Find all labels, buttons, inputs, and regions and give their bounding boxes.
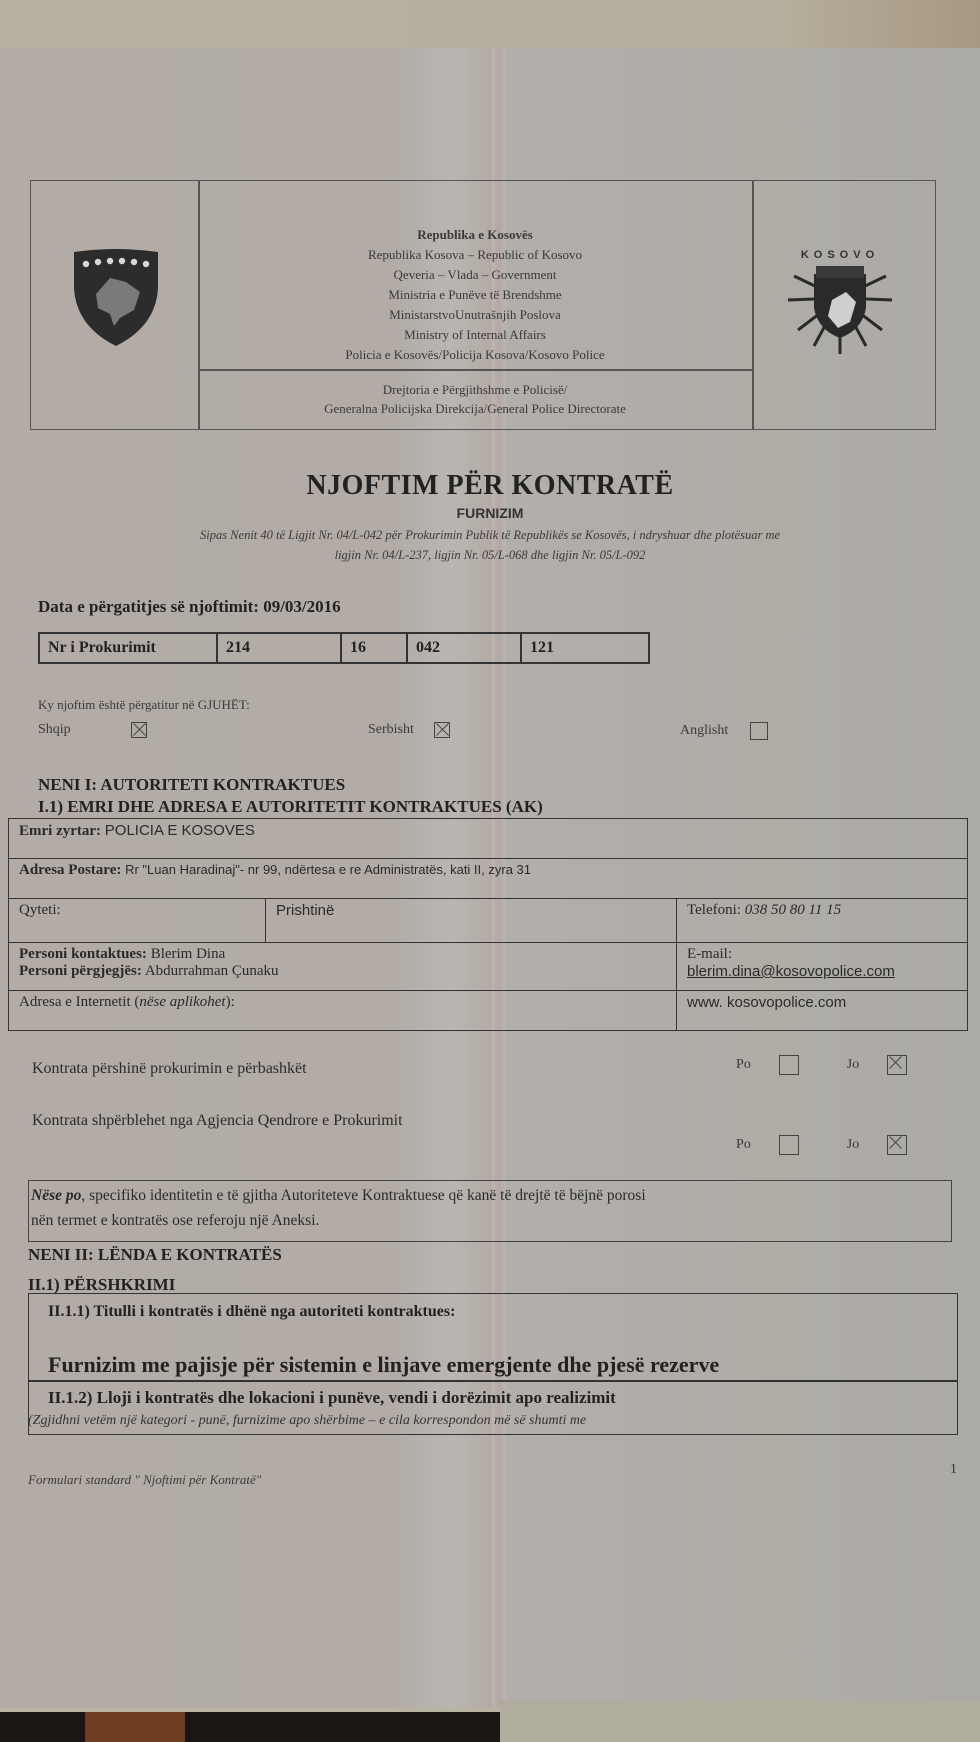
preparation-date-label: Data e përgatitjes së njoftimit: bbox=[38, 597, 259, 616]
language-checkbox-serbisht[interactable] bbox=[434, 722, 450, 738]
directorate-line: Drejtoria e Përgjithshme e Policisë/ bbox=[200, 380, 750, 399]
contract-title-label: II.1.1) Titulli i kontratës i dhënë nga … bbox=[48, 1303, 455, 1321]
legal-basis: Sipas Nenit 40 të Ligjit Nr. 04/L-042 pë… bbox=[40, 525, 940, 565]
postal-address-label: Adresa Postare: bbox=[19, 862, 121, 878]
central-agency-yes-checkbox[interactable] bbox=[779, 1135, 799, 1155]
contact-person-value: Blerim Dina bbox=[151, 946, 226, 962]
phone-cell: Telefoni: 038 50 80 11 15 bbox=[677, 899, 968, 943]
language-checkbox-shqip[interactable] bbox=[131, 722, 147, 738]
procurement-number-part: 16 bbox=[341, 633, 407, 663]
joint-procurement-question: Kontrata përshinë prokurimin e përbashkë… bbox=[32, 1060, 307, 1078]
section-1-heading: NENI I: AUTORITETI KONTRAKTUES bbox=[38, 775, 345, 795]
no-label: Jo bbox=[847, 1057, 859, 1073]
if-yes-text: , specifiko identitetin e të gjitha Auto… bbox=[81, 1187, 645, 1204]
joint-procurement-yes-checkbox[interactable] bbox=[779, 1055, 799, 1075]
internet-label-end: ): bbox=[226, 994, 235, 1010]
phone-value: 038 50 80 11 15 bbox=[745, 902, 841, 918]
contract-type-note: (Zgjidhni vetëm një kategori - punë, fur… bbox=[28, 1413, 586, 1429]
preparation-date-value: 09/03/2016 bbox=[263, 597, 340, 616]
procurement-number-label: Nr i Prokurimit bbox=[39, 633, 217, 663]
language-option-shqip: Shqip bbox=[38, 722, 147, 738]
languages-intro: Ky njoftim është përgatitur në GJUHËT: bbox=[38, 697, 250, 713]
city-label: Qyteti: bbox=[9, 899, 266, 943]
section-1-1-heading: I.1) EMRI DHE ADRESA E AUTORITETIT KONTR… bbox=[38, 797, 543, 817]
page-number: 1 bbox=[950, 1462, 957, 1478]
procurement-number-part: 214 bbox=[217, 633, 341, 663]
internet-label-note: nëse aplikohet bbox=[139, 994, 225, 1010]
header-divider bbox=[752, 180, 754, 430]
header-line: Ministry of Internal Affairs bbox=[200, 325, 750, 345]
page-title: NJOFTIM PËR KONTRATË bbox=[0, 470, 980, 502]
central-agency-question: Kontrata shpërblehet nga Agjencia Qendro… bbox=[32, 1112, 403, 1130]
contracting-authority-table: Emri zyrtar: POLICIA E KOSOVES Adresa Po… bbox=[8, 818, 968, 1031]
language-option-anglisht: Anglisht bbox=[680, 722, 768, 740]
internet-label: Adresa e Internetit ( bbox=[19, 994, 139, 1010]
language-label: Anglisht bbox=[680, 723, 728, 739]
phone-label: Telefoni: bbox=[687, 902, 741, 918]
section-2-heading: NENI II: LËNDA E KONTRATËS bbox=[28, 1245, 282, 1265]
email-link[interactable]: blerim.dina@kosovopolice.com bbox=[687, 963, 957, 980]
yes-label: Po bbox=[736, 1137, 751, 1153]
central-agency-no-checkbox[interactable] bbox=[887, 1135, 907, 1155]
directorate-line: Generalna Policijska Direkcija/General P… bbox=[200, 399, 750, 418]
joint-procurement-options: Po Jo bbox=[736, 1055, 907, 1075]
header-line: Republika Kosova – Republic of Kosovo bbox=[200, 245, 750, 265]
header-line: Republika e Kosovës bbox=[200, 225, 750, 245]
paper-shadow bbox=[500, 1700, 980, 1742]
legal-basis-line: ligjin Nr. 04/L-237, ligjin Nr. 05/L-068… bbox=[40, 545, 940, 565]
procurement-number-part: 042 bbox=[407, 633, 521, 663]
language-checkbox-anglisht[interactable] bbox=[750, 722, 768, 740]
language-label: Serbisht bbox=[368, 722, 414, 738]
procurement-number-table: Nr i Prokurimit 214 16 042 121 bbox=[38, 632, 650, 664]
email-cell: E-mail: blerim.dina@kosovopolice.com bbox=[677, 943, 968, 991]
kosovo-coat-of-arms-icon bbox=[70, 248, 162, 353]
header-institution-lines: Republika e Kosovës Republika Kosova – R… bbox=[200, 225, 750, 365]
contact-persons-cell: Personi kontaktues: Blerim Dina Personi … bbox=[9, 943, 677, 991]
form-footer: Formulari standard " Njoftimi për Kontra… bbox=[28, 1472, 261, 1488]
header-divider bbox=[198, 369, 753, 371]
svg-text:KOSOVO: KOSOVO bbox=[801, 249, 879, 261]
contract-type-label: II.1.2) Lloji i kontratës dhe lokacioni … bbox=[48, 1388, 616, 1408]
if-yes-text-2: nën termet e kontratës ose referoju një … bbox=[31, 1208, 951, 1233]
official-name-label: Emri zyrtar: bbox=[19, 823, 101, 839]
website-link[interactable]: www. kosovopolice.com bbox=[677, 991, 968, 1031]
joint-procurement-no-checkbox[interactable] bbox=[887, 1055, 907, 1075]
yes-label: Po bbox=[736, 1057, 751, 1073]
if-yes-box: Nëse po, specifiko identitetin e të gjit… bbox=[28, 1180, 952, 1242]
contract-description-divider bbox=[28, 1380, 958, 1382]
background-object bbox=[85, 1712, 185, 1742]
responsible-person-value: Abdurrahman Çunaku bbox=[145, 963, 279, 979]
contract-title: Furnizim me pajisje për sistemin e linja… bbox=[48, 1352, 719, 1378]
kosovo-police-badge-icon: KOSOVO bbox=[780, 238, 900, 363]
header-line: Policia e Kosovës/Policija Kosova/Kosovo… bbox=[200, 345, 750, 365]
official-name-cell: Emri zyrtar: POLICIA E KOSOVES bbox=[9, 819, 968, 859]
legal-basis-line: Sipas Nenit 40 të Ligjit Nr. 04/L-042 pë… bbox=[40, 525, 940, 545]
postal-address-value: Rr "Luan Haradinaj"- nr 99, ndërtesa e r… bbox=[125, 862, 531, 877]
email-label: E-mail: bbox=[687, 946, 957, 963]
header-line: MinistarstvoUnutrašnjih Poslova bbox=[200, 305, 750, 325]
if-yes-lead: Nëse po bbox=[31, 1187, 81, 1204]
preparation-date: Data e përgatitjes së njoftimit: 09/03/2… bbox=[38, 597, 341, 617]
page-subtitle: FURNIZIM bbox=[0, 505, 980, 521]
postal-address-cell: Adresa Postare: Rr "Luan Haradinaj"- nr … bbox=[9, 859, 968, 899]
section-2-1-heading: II.1) PËRSHKRIMI bbox=[28, 1275, 175, 1295]
header-line: Ministria e Punëve të Brendshme bbox=[200, 285, 750, 305]
language-label: Shqip bbox=[38, 722, 71, 738]
contact-person-label: Personi kontaktues: bbox=[19, 946, 147, 962]
responsible-person-label: Personi përgjegjës: bbox=[19, 963, 142, 979]
no-label: Jo bbox=[847, 1137, 859, 1153]
header-directorate: Drejtoria e Përgjithshme e Policisë/ Gen… bbox=[200, 380, 750, 418]
central-agency-options: Po Jo bbox=[736, 1135, 907, 1155]
internet-address-cell: Adresa e Internetit (nëse aplikohet): bbox=[9, 991, 677, 1031]
language-option-serbisht: Serbisht bbox=[368, 722, 450, 738]
header-line: Qeveria – Vlada – Government bbox=[200, 265, 750, 285]
procurement-number-part: 121 bbox=[521, 633, 649, 663]
city-value: Prishtinë bbox=[266, 899, 677, 943]
official-name-value: POLICIA E KOSOVES bbox=[105, 822, 255, 839]
